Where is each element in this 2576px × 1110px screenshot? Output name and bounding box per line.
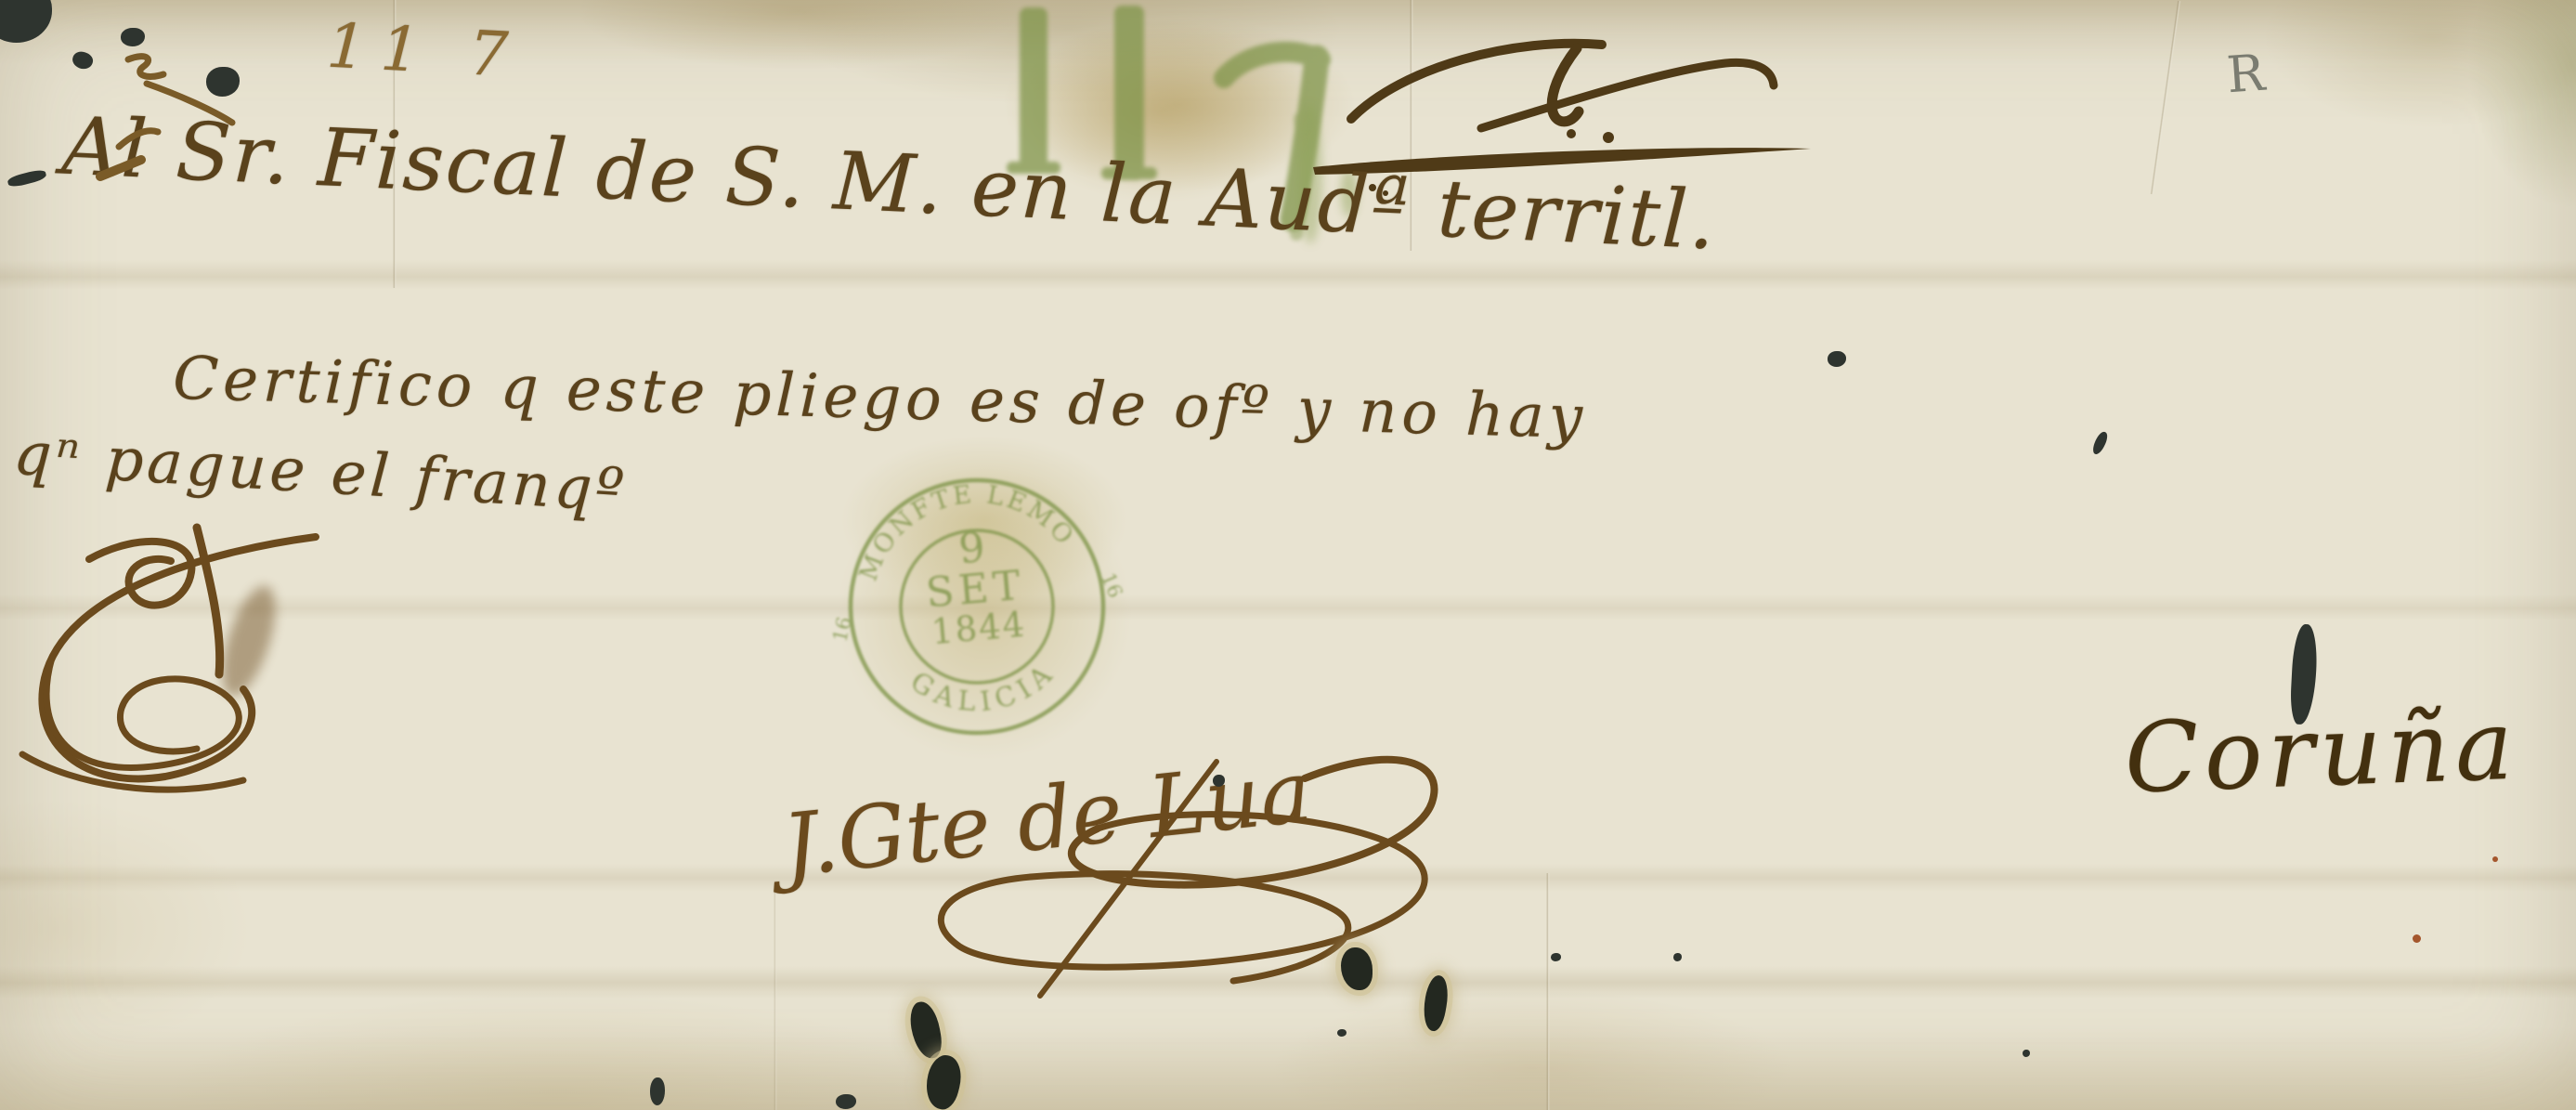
datestamp-left-ornament: 16: [828, 615, 855, 644]
rust-speck: [2492, 856, 2498, 862]
pencil-mark: R: [2225, 44, 2267, 105]
stray-pen-squiggle: [93, 37, 334, 186]
signature-flourish: [882, 734, 1486, 1040]
crease-line: [774, 882, 777, 1110]
datestamp: MONFTE LEMOS GALICIA 9 SET 1844 16 16: [806, 436, 1148, 777]
rubric-flourish: [0, 483, 390, 855]
datestamp-year: 1844: [930, 605, 1028, 653]
crease-line: [1546, 873, 1550, 1110]
destination-text: Coruña: [2123, 688, 2520, 816]
manuscript-rate: 11 7: [325, 10, 525, 92]
letter-cover-scan: 11 7 Al Sr. Fiscal de S. M. en la Audª t…: [0, 0, 2576, 1110]
rust-speck: [2413, 934, 2421, 943]
